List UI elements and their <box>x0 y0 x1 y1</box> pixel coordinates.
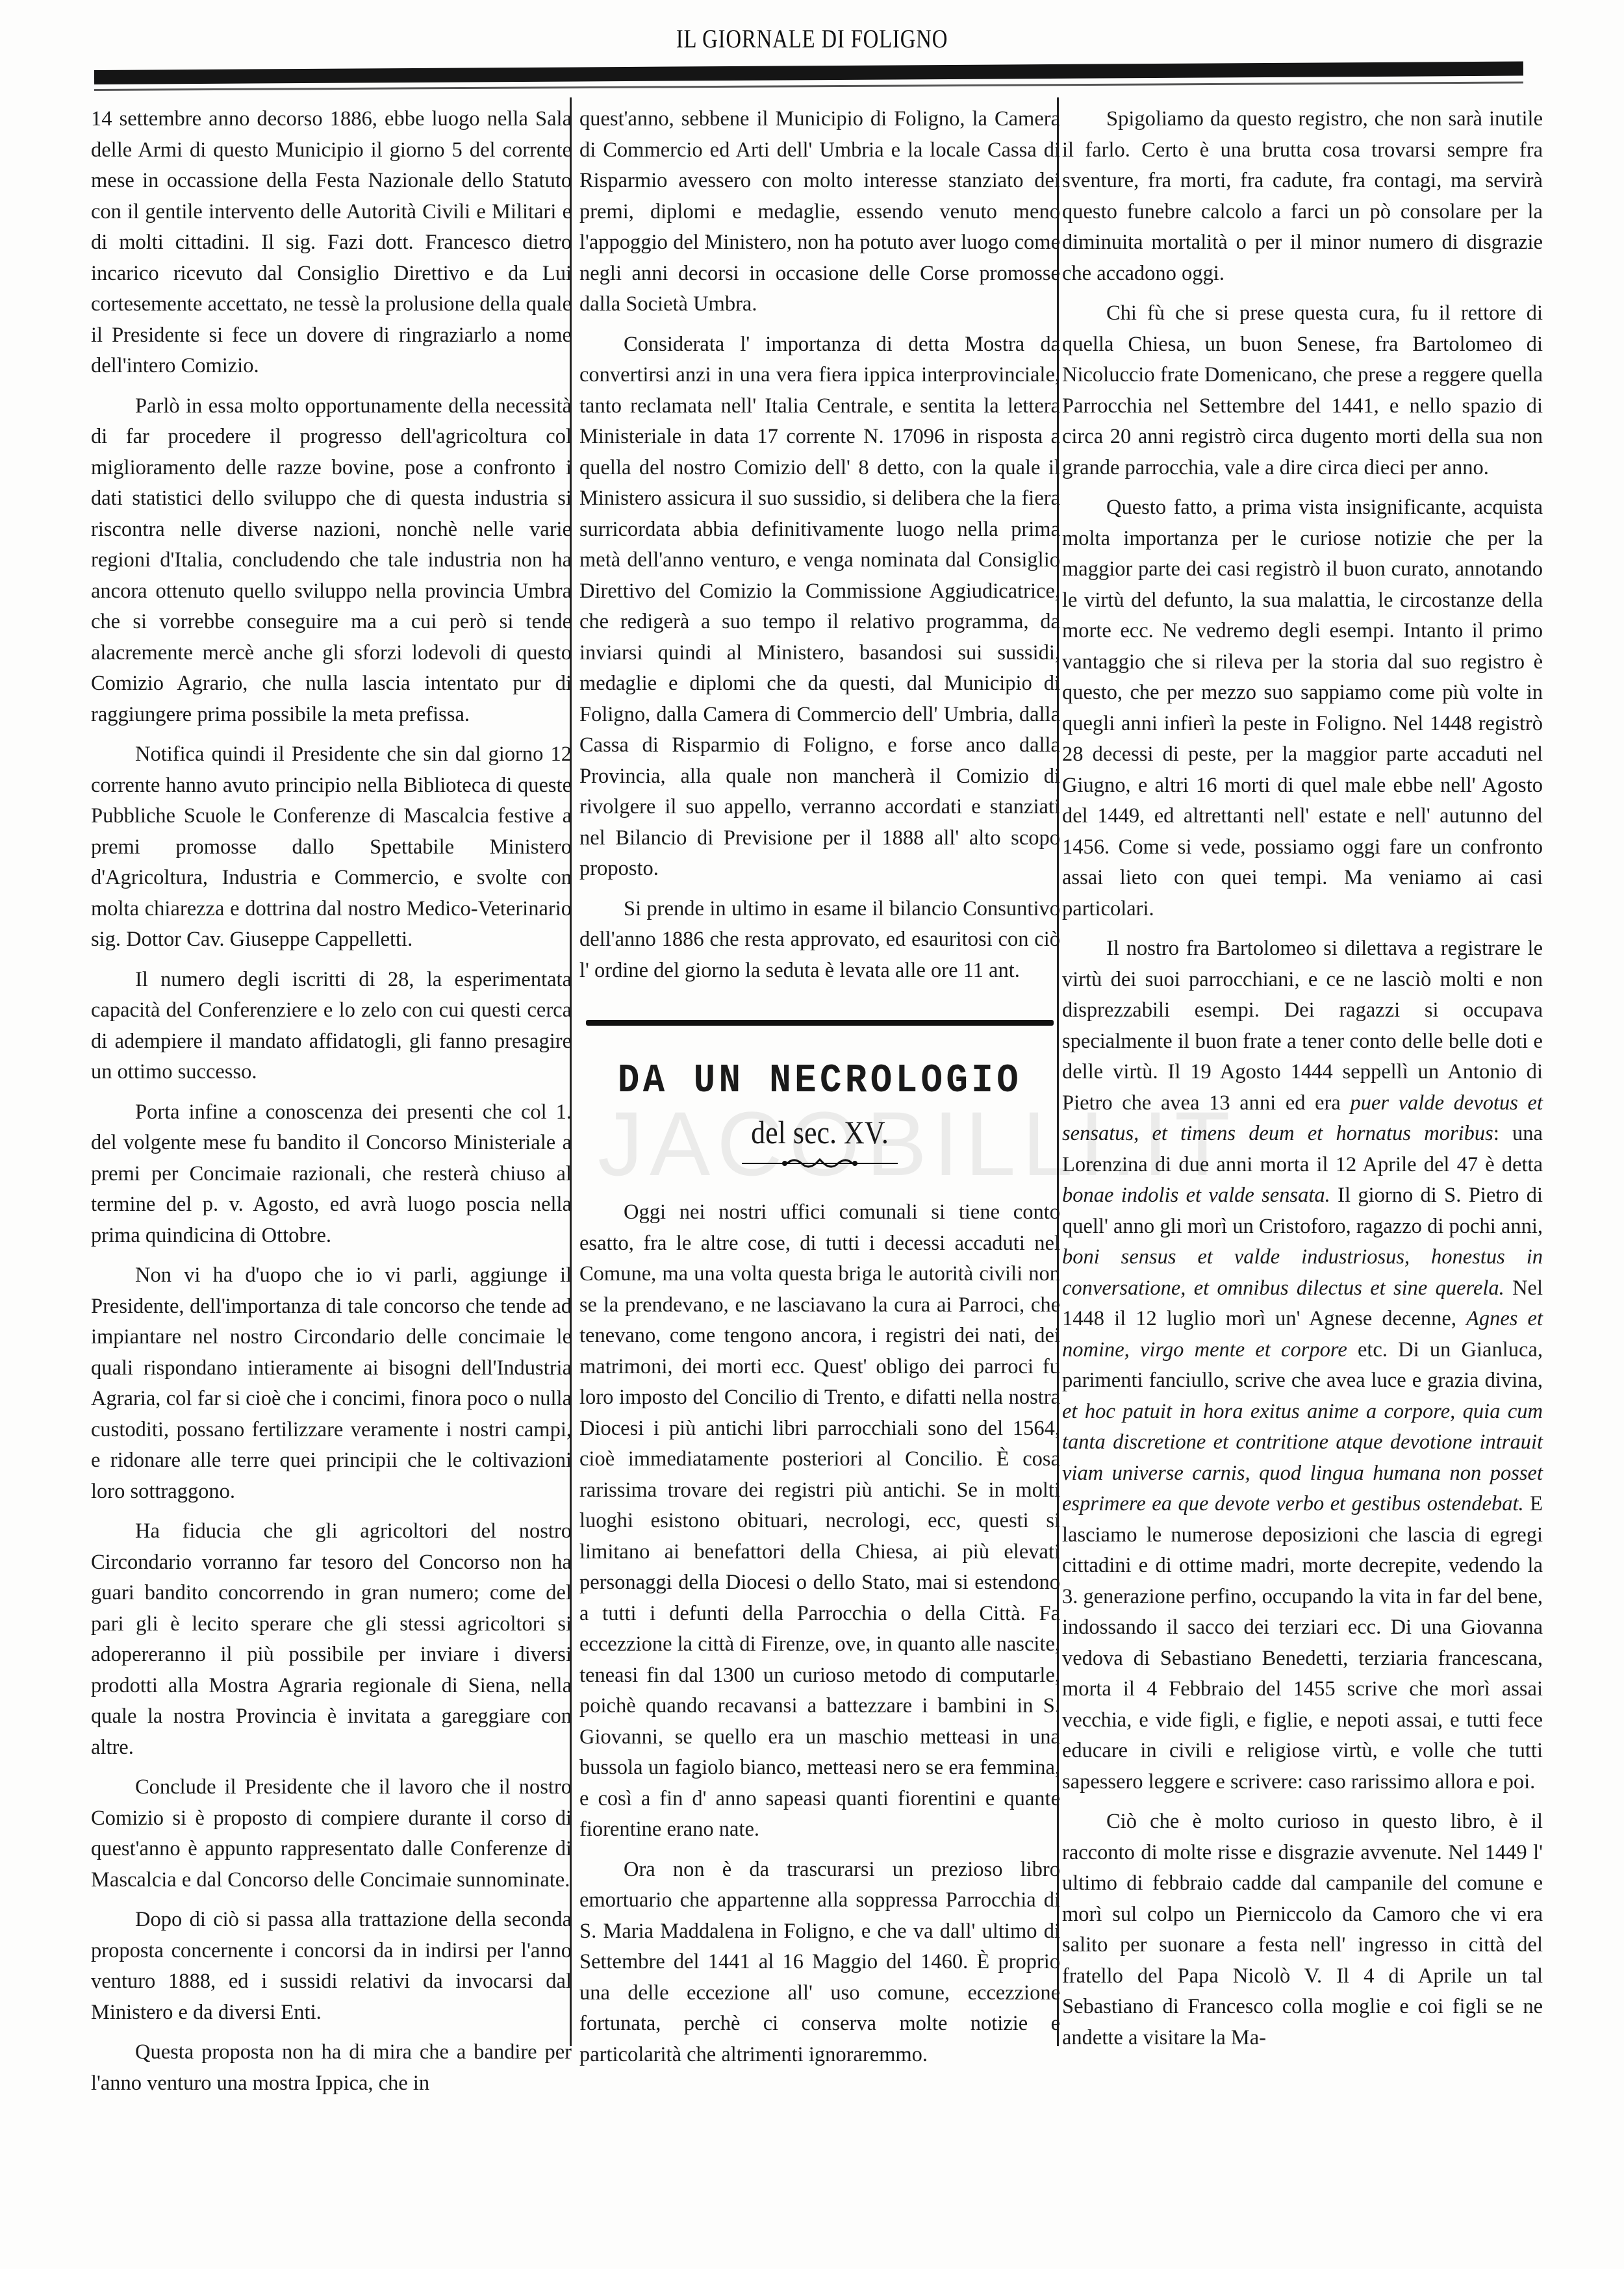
paragraph: Porta infine a conoscenza dei presenti c… <box>91 1097 572 1252</box>
newspaper-page: IL GIORNALE DI FOLIGNO JACOBILLI.IT 14 s… <box>0 0 1624 2269</box>
article-headline: DA UN NECROLOGIO <box>603 1058 1036 1104</box>
paragraph: Il numero degli iscritti di 28, la esper… <box>91 965 572 1088</box>
latin-quote: et hoc patuit in hora exitus anime a cor… <box>1062 1400 1543 1516</box>
paragraph: quest'anno, sebbene il Municipio di Foli… <box>579 104 1060 320</box>
paragraph-bartolomeo: Il nostro fra Bartolomeo si dilettava a … <box>1062 933 1543 1797</box>
paragraph: Ciò che è molto curioso in questo libro,… <box>1062 1806 1543 2053</box>
paragraph: Non vi ha d'uopo che io vi parli, aggiun… <box>91 1260 572 1507</box>
paragraph: Conclude il Presidente che il lavoro che… <box>91 1772 572 1895</box>
latin-quote: boni sensus et valde industriosus, hones… <box>1062 1245 1543 1300</box>
paragraph: 14 settembre anno decorso 1886, ebbe luo… <box>91 104 572 382</box>
paragraph: Parlò in essa molto opportunamente della… <box>91 391 572 731</box>
paragraph: Ha fiducia che gli agricoltori del nostr… <box>91 1516 572 1763</box>
left-column: 14 settembre anno decorso 1886, ebbe luo… <box>91 104 572 2108</box>
paragraph: Oggi nei nostri uffici comunali si tiene… <box>579 1197 1060 1845</box>
paragraph: Si prende in ultimo in esame il bilancio… <box>579 894 1060 987</box>
text-run: Il nostro fra Bartolomeo si dilettava a … <box>1062 937 1543 1115</box>
right-column: Spigoliamo da questo registro, che non s… <box>1062 104 1543 2062</box>
latin-quote: bonae indolis et valde sensata. <box>1062 1184 1330 1207</box>
article-subheadline: del sec. XV. <box>608 1113 1031 1152</box>
paragraph: Questa proposta non ha di mira che a ban… <box>91 2037 572 2099</box>
text-run: E lasciamo le numerose deposizioni che l… <box>1062 1492 1543 1794</box>
paragraph: Chi fù che si prese questa cura, fu il r… <box>1062 298 1543 483</box>
paragraph: Dopo di ciò si passa alla trattazione de… <box>91 1905 572 2028</box>
paragraph: Notifica quindi il Presidente che sin da… <box>91 739 572 956</box>
masthead-thick-rule <box>94 62 1523 84</box>
paragraph: Spigoliamo da questo registro, che non s… <box>1062 104 1543 289</box>
masthead-title: IL GIORNALE DI FOLIGNO <box>146 23 1478 54</box>
paragraph: Questo fatto, a prima vista insignifican… <box>1062 492 1543 924</box>
ornament-flourish-icon <box>742 1156 898 1171</box>
paragraph: Ora non è da trascurarsi un prezioso lib… <box>579 1855 1060 2071</box>
article-separator-rule <box>586 1020 1054 1026</box>
paragraph: Considerata l' importanza di detta Mostr… <box>579 329 1060 885</box>
middle-column: quest'anno, sebbene il Municipio di Foli… <box>579 104 1060 2079</box>
